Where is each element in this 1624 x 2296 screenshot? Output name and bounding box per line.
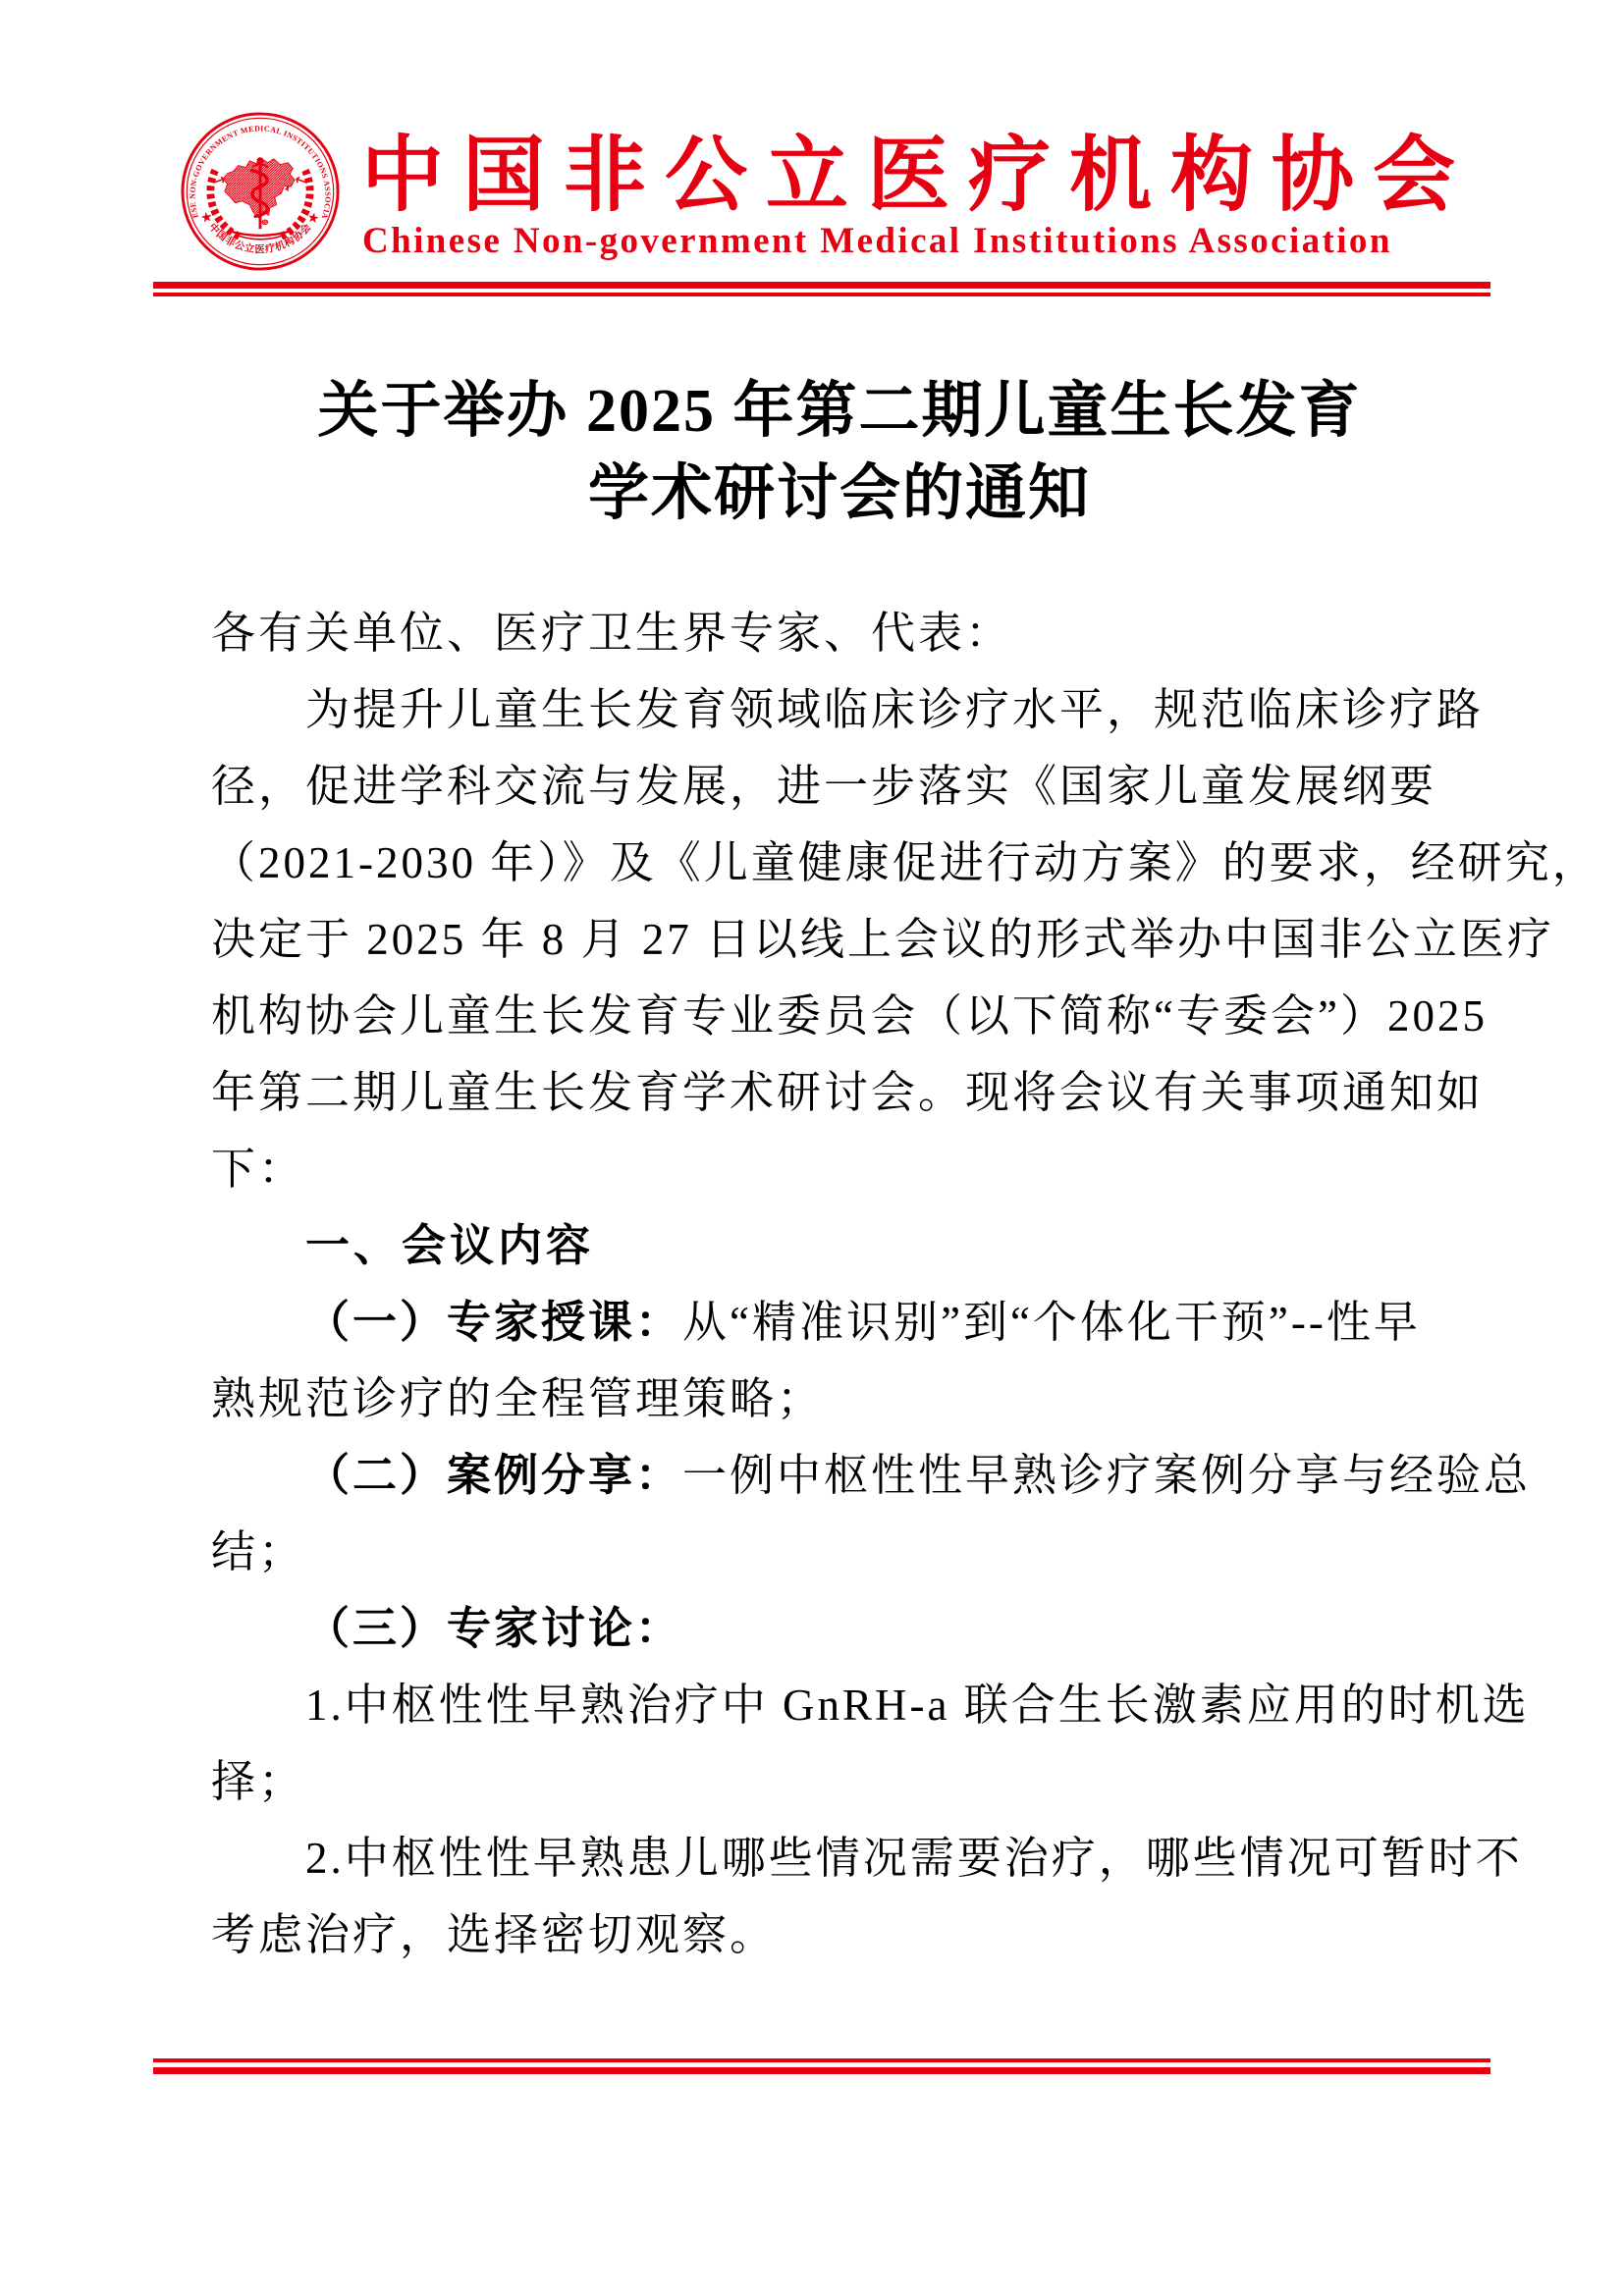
- document-body: 各有关单位、医疗卫生界专家、代表：为提升儿童生长发育领域临床诊疗水平，规范临床诊…: [211, 595, 1488, 1973]
- body-line-bold-segment: （三）专家讨论：: [305, 1604, 682, 1653]
- body-line: 各有关单位、医疗卫生界专家、代表：: [211, 595, 1488, 671]
- body-line-segment: 一例中枢性性早熟诊疗案例分享与经验总: [682, 1451, 1531, 1500]
- header-divider-thin-line: [153, 293, 1490, 296]
- body-line: 结；: [211, 1514, 1488, 1590]
- body-line: 一、会议内容: [211, 1207, 1488, 1284]
- footer-divider-thick-line: [153, 2067, 1490, 2074]
- body-line-segment: （2021-2030 年）》及《儿童健康促进行动方案》的要求，经研究，: [211, 838, 1599, 887]
- body-line-bold-segment: 一、会议内容: [305, 1220, 594, 1270]
- body-line: 机构协会儿童生长发育专业委员会（以下简称“专委会”）2025: [211, 978, 1488, 1054]
- body-line: 熟规范诊疗的全程管理策略；: [211, 1361, 1488, 1437]
- body-line: 径，促进学科交流与发展，进一步落实《国家儿童发展纲要: [211, 748, 1488, 825]
- notice-document-page: CHINESE NON-GOVERNMENT MEDICAL INSTITUTI…: [0, 0, 1624, 2296]
- body-line-segment: 机构协会儿童生长发育专业委员会（以下简称“专委会”）2025: [211, 991, 1488, 1041]
- body-line: 年第二期儿童生长发育学术研讨会。现将会议有关事项通知如: [211, 1054, 1488, 1131]
- body-line: 考虑治疗，选择密切观察。: [211, 1896, 1488, 1973]
- body-line: （三）专家讨论：: [211, 1590, 1488, 1667]
- body-line-segment: 为提升儿童生长发育领域临床诊疗水平，规范临床诊疗路: [305, 685, 1484, 734]
- body-line: 2.中枢性性早熟患儿哪些情况需要治疗，哪些情况可暂时不: [211, 1820, 1488, 1896]
- footer-divider-thin-line: [153, 2058, 1490, 2062]
- header-divider-thick-line: [153, 282, 1490, 289]
- body-line-segment: 2.中枢性性早熟患儿哪些情况需要治疗，哪些情况可暂时不: [305, 1834, 1523, 1883]
- body-line-bold-segment: （一）专家授课：: [305, 1298, 682, 1347]
- document-title: 关于举办 2025 年第二期儿童生长发育 学术研讨会的通知: [211, 370, 1468, 535]
- body-line-segment: 决定于 2025 年 8 月 27 日以线上会议的形式举办中国非公立医疗: [211, 915, 1554, 964]
- footer-divider: [153, 2058, 1490, 2074]
- body-line-segment: 从“精准识别”到“个体化干预”--性早: [682, 1298, 1421, 1347]
- association-seal-logo: CHINESE NON-GOVERNMENT MEDICAL INSTITUTI…: [179, 110, 342, 273]
- document-title-line1: 关于举办 2025 年第二期儿童生长发育: [211, 370, 1468, 453]
- body-line-segment: 熟规范诊疗的全程管理策略；: [211, 1374, 824, 1423]
- association-title-cn: 中国非公立医疗机构协会: [361, 133, 1474, 220]
- association-title-en: Chinese Non-government Medical Instituti…: [362, 222, 1392, 261]
- body-line: （2021-2030 年）》及《儿童健康促进行动方案》的要求，经研究，: [211, 825, 1488, 901]
- hainan-island-icon: [262, 220, 268, 225]
- body-line-segment: 径，促进学科交流与发展，进一步落实《国家儿童发展纲要: [211, 762, 1436, 811]
- body-line-segment: 结；: [211, 1527, 305, 1576]
- body-line: 下：: [211, 1131, 1488, 1207]
- header-divider: [153, 282, 1490, 296]
- body-line-segment: 下：: [211, 1145, 305, 1194]
- body-line: （一）专家授课：从“精准识别”到“个体化干预”--性早: [211, 1284, 1488, 1361]
- document-title-line2: 学术研讨会的通知: [211, 453, 1468, 535]
- body-line: 决定于 2025 年 8 月 27 日以线上会议的形式举办中国非公立医疗: [211, 901, 1488, 978]
- body-line-segment: 1.中枢性性早熟治疗中 GnRH-a 联合生长激素应用的时机选: [305, 1681, 1530, 1730]
- body-line-segment: 考虑治疗，选择密切观察。: [211, 1910, 777, 1959]
- body-line-bold-segment: （二）案例分享：: [305, 1451, 682, 1500]
- body-line: 为提升儿童生长发育领域临床诊疗水平，规范临床诊疗路: [211, 671, 1488, 748]
- body-line: 1.中枢性性早熟治疗中 GnRH-a 联合生长激素应用的时机选: [211, 1667, 1488, 1743]
- body-line-segment: 各有关单位、医疗卫生界专家、代表：: [211, 609, 1012, 658]
- body-line: （二）案例分享：一例中枢性性早熟诊疗案例分享与经验总: [211, 1437, 1488, 1514]
- body-line: 择；: [211, 1743, 1488, 1820]
- body-line-segment: 年第二期儿童生长发育学术研讨会。现将会议有关事项通知如: [211, 1068, 1484, 1117]
- body-line-segment: 择；: [211, 1757, 305, 1806]
